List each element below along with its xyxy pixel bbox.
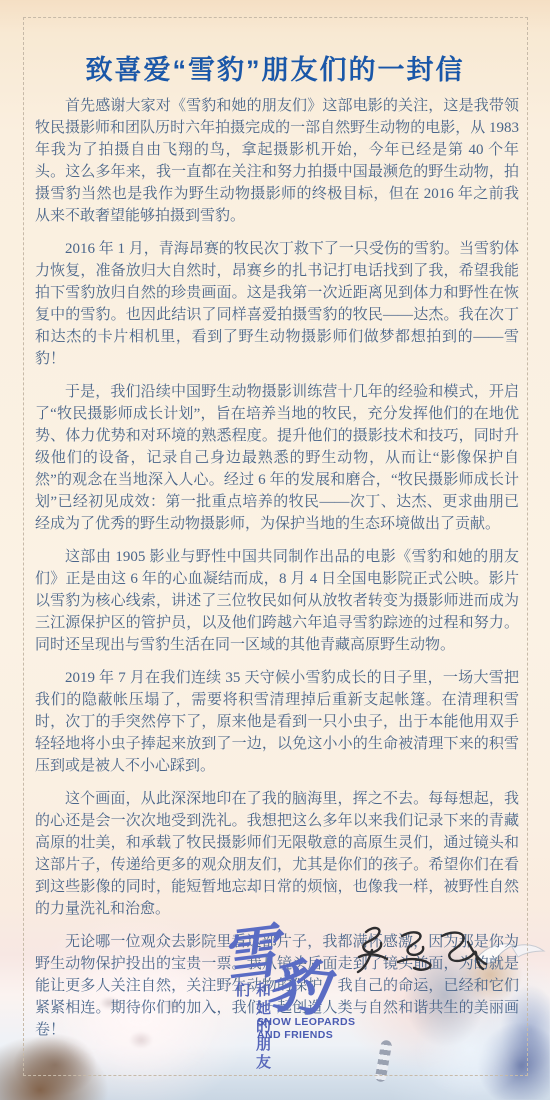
logo-subtitle-en-line1: SNOW LEOPARDS <box>257 1016 355 1029</box>
signature-xizhinong <box>350 922 490 978</box>
letter-paragraph: 2016 年 1 月，青海昂赛的牧民次丁救下了一只受伤的雪豹。当雪豹体力恢复，准… <box>35 238 519 370</box>
page-title: 致喜爱“雪豹”朋友们的一封信 <box>0 48 550 87</box>
logo-title-char2: 豹 <box>264 955 330 1021</box>
logo-subtitle-en-line2: AND FRIENDS <box>257 1029 355 1042</box>
letter-paragraph: 首先感谢大家对《雪豹和她的朋友们》这部电影的关注，这是我带领牧民摄影师和团队历时… <box>35 95 519 227</box>
letter-body: 首先感谢大家对《雪豹和她的朋友们》这部电影的关注，这是我带领牧民摄影师和团队历时… <box>35 95 519 1052</box>
letter-paragraph: 于是，我们沿续中国野生动物摄影训练营十几年的经验和模式，开启了“牧民摄影师成长计… <box>35 381 519 535</box>
letter-paragraph: 2019 年 7 月在我们连续 35 天守候小雪豹成长的日子里，一场大雪把我们的… <box>35 667 519 777</box>
logo-subtitle-en: SNOW LEOPARDS AND FRIENDS <box>257 1016 355 1042</box>
letter-paragraph: 这个画面，从此深深地印在了我的脑海里，挥之不去。每每想起，我的心还是会一次次地受… <box>35 788 519 920</box>
letter-paragraph: 这部由 1905 影业与野性中国共同制作出品的电影《雪豹和她的朋友们》正是由这 … <box>35 546 519 656</box>
logo-snow-leopards-and-friends: 雪 豹 和她的朋友们 SNOW LEOPARDS AND FRIENDS <box>205 920 355 1080</box>
